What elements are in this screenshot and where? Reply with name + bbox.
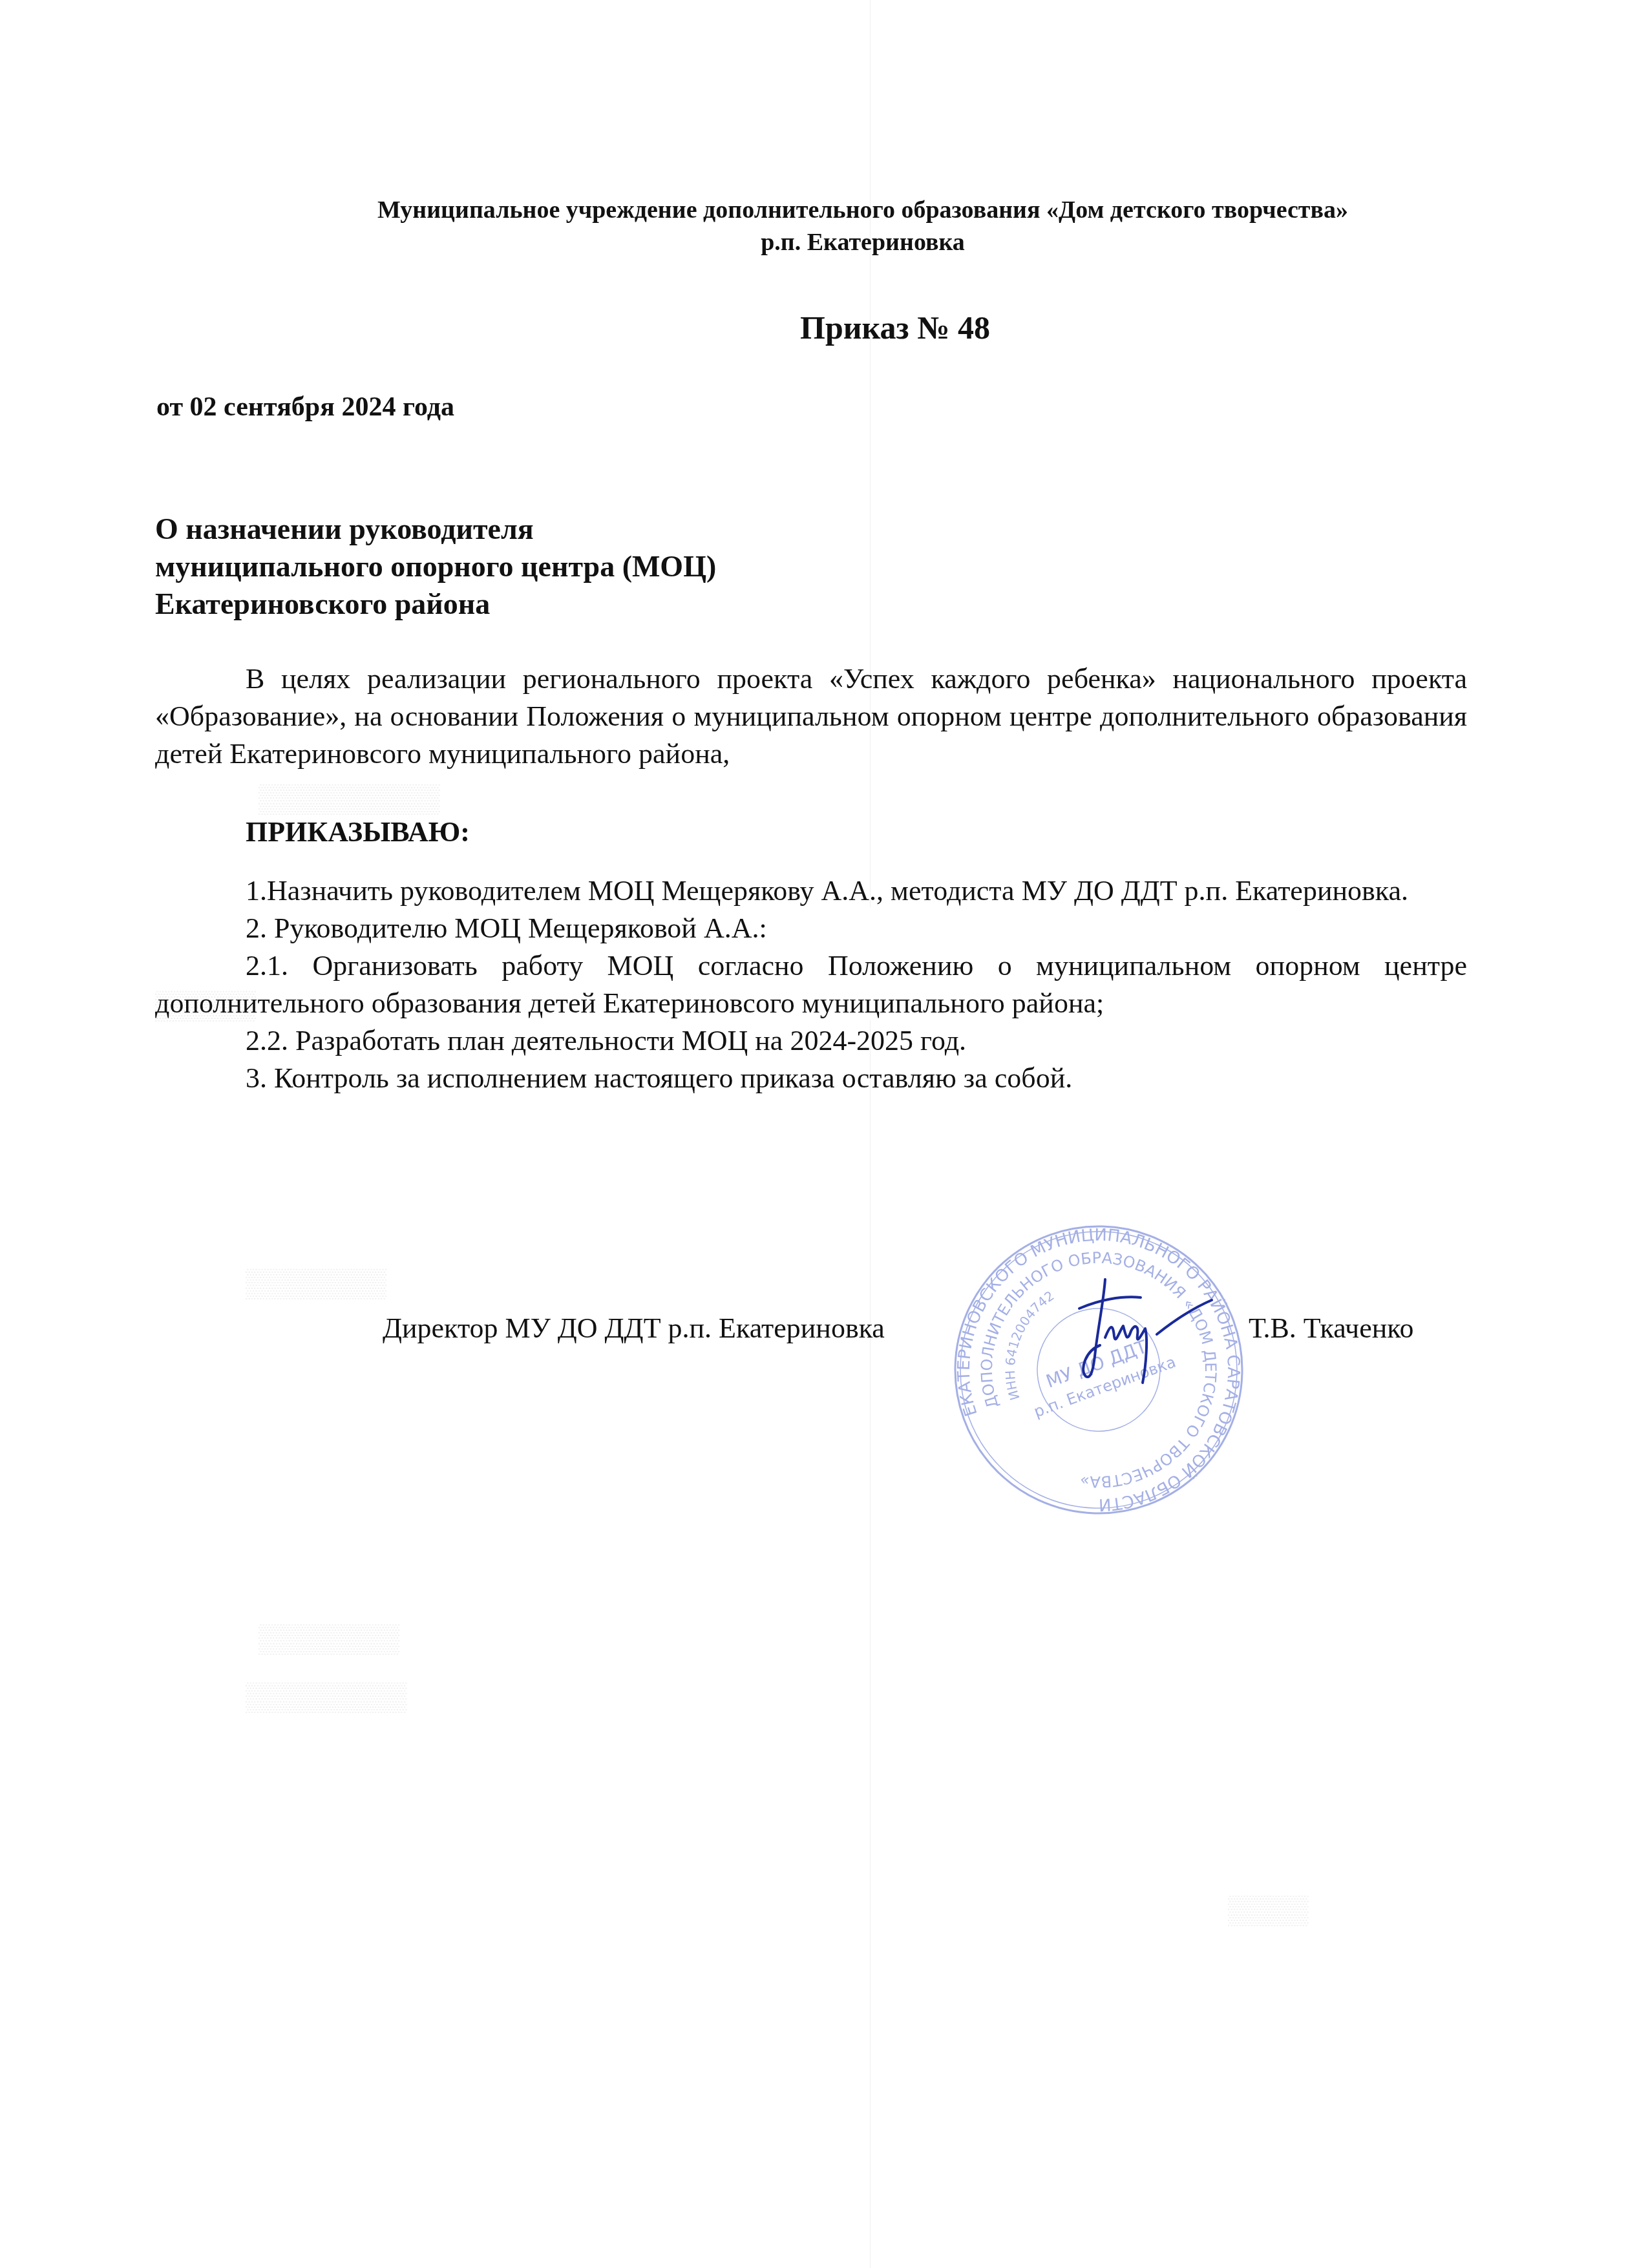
handwritten-signature <box>1060 1273 1215 1389</box>
bleed-through-text: ▒▒▒▒▒▒▒ <box>246 1266 386 1299</box>
subject-line: Екатериновского района <box>155 585 716 623</box>
subject-line: О назначении руководителя <box>155 510 716 548</box>
order-item: 2. Руководителю МОЦ Мещеряковой А.А.: <box>155 910 1467 947</box>
order-item: 3. Контроль за исполнением настоящего пр… <box>155 1060 1467 1097</box>
subject-line: муниципального опорного центра (МОЦ) <box>155 548 716 585</box>
signatory-position: Директор МУ ДО ДДТ р.п. Екатериновка <box>383 1312 885 1345</box>
preamble-paragraph: В целях реализации регионального проекта… <box>155 660 1467 773</box>
bleed-through-text: ▒▒▒▒ <box>1228 1893 1309 1926</box>
order-title: Приказ № 48 <box>0 309 1648 346</box>
order-item: 2.1. Организовать работу МОЦ согласно По… <box>155 947 1467 1022</box>
order-items: 1.Назначить руководителем МОЦ Мещерякову… <box>155 872 1467 1097</box>
order-item: 1.Назначить руководителем МОЦ Мещерякову… <box>155 872 1467 910</box>
organization-name: Муниципальное учреждение дополнительного… <box>39 194 1648 226</box>
order-directive: ПРИКАЗЫВАЮ: <box>246 815 470 848</box>
bleed-through-text: ▒▒▒▒▒▒▒ <box>259 1622 399 1655</box>
order-number: Приказ № 48 <box>800 310 990 346</box>
organization-location: р.п. Екатериновка <box>39 226 1648 258</box>
organization-header: Муниципальное учреждение дополнительного… <box>0 194 1648 258</box>
signatory-name: Т.В. Ткаченко <box>1249 1312 1413 1345</box>
document-page: ▒▒▒▒▒▒▒▒▒ ▒▒▒▒▒ ▒▒▒▒▒▒▒ ▒▒▒▒▒▒▒ ▒▒▒▒▒▒▒▒… <box>0 0 1648 2268</box>
order-item: 2.2. Разработать план деятельности МОЦ н… <box>155 1022 1467 1060</box>
order-subject: О назначении руководителя муниципального… <box>155 510 716 623</box>
bleed-through-text: ▒▒▒▒▒▒▒▒ <box>246 1680 407 1713</box>
order-date: от 02 сентября 2024 года <box>156 392 454 423</box>
bleed-through-text: ▒▒▒▒▒▒▒▒▒ <box>259 782 440 815</box>
